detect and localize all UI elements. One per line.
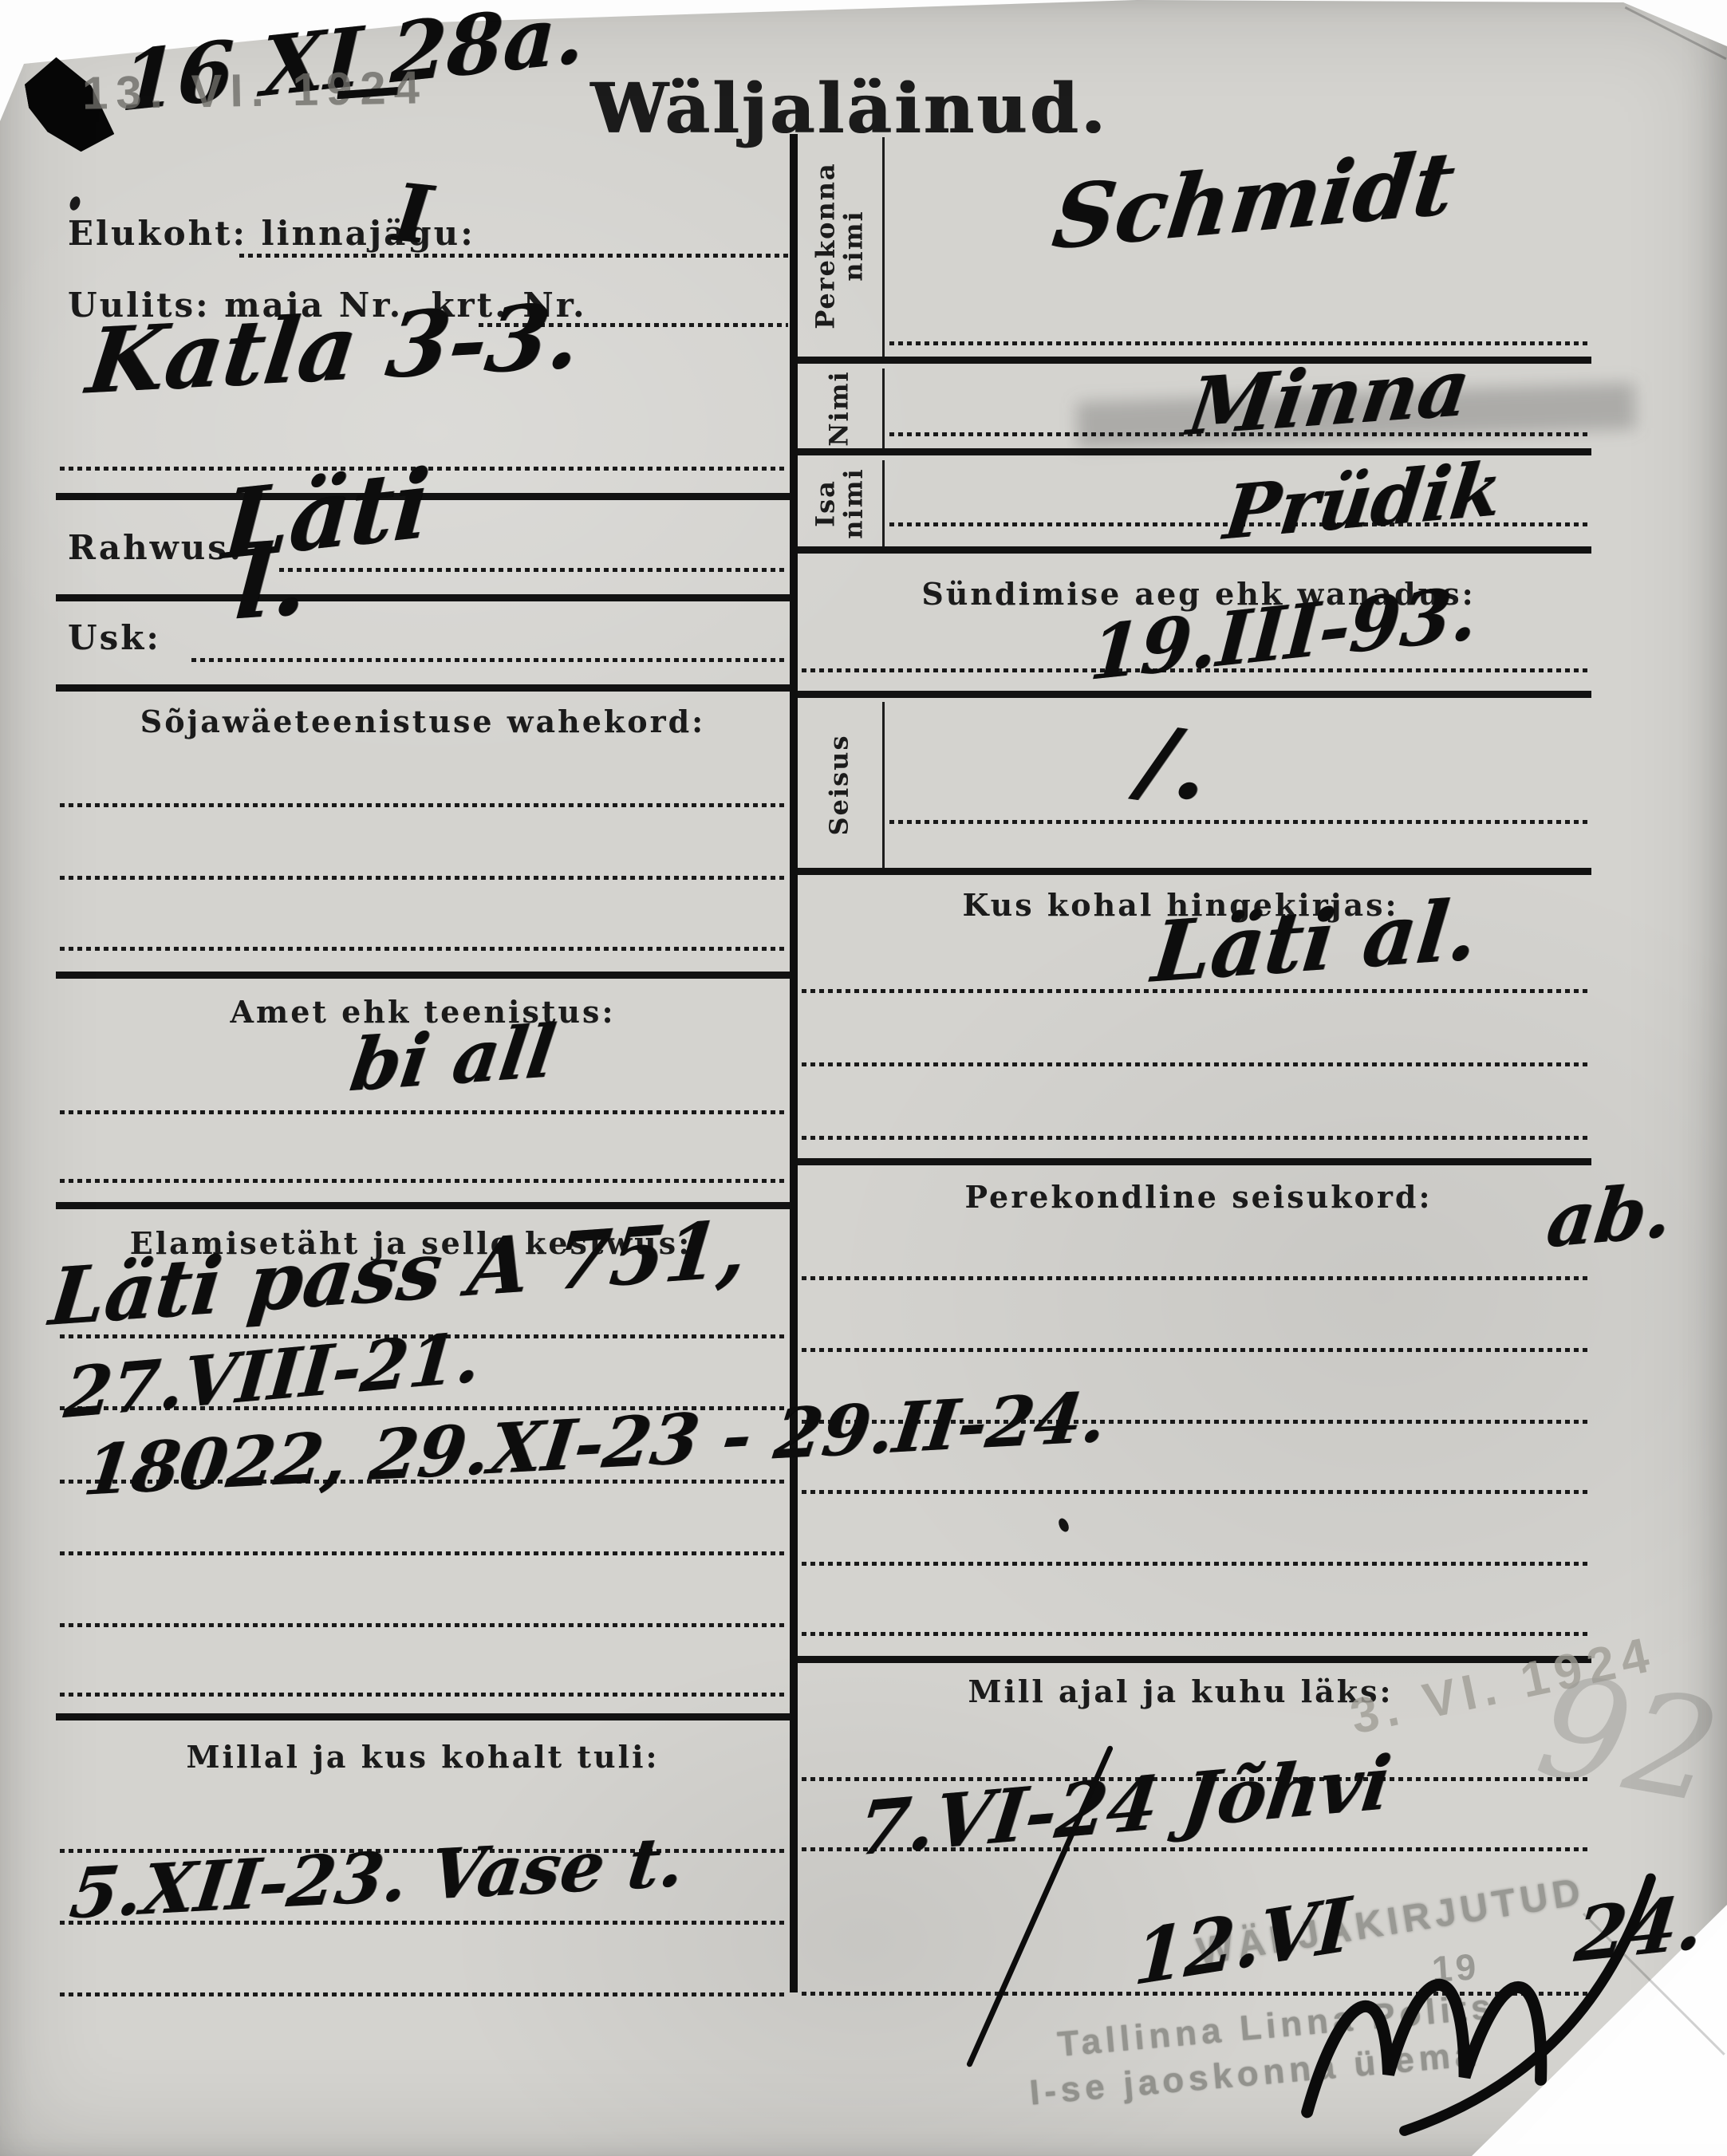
rule-line [56, 972, 790, 979]
label-separator [882, 460, 885, 546]
label-separator [882, 369, 885, 448]
rule-line [798, 1158, 1591, 1165]
street-value: Katla 3-3. [82, 291, 585, 407]
rule-line [798, 1656, 1591, 1663]
signature-flourish [1276, 1859, 1727, 2153]
family-name-label-line2: nimi [838, 210, 868, 281]
dotted-line [802, 1490, 1587, 1494]
label-separator [882, 137, 885, 357]
dotted-line [802, 1136, 1587, 1140]
dotted-line [889, 341, 1591, 345]
dotted-line [60, 1992, 788, 1996]
religion-label: Usk: [68, 618, 161, 657]
occupation-value: bi all [346, 1015, 559, 1102]
status-value: /. [1134, 712, 1214, 815]
dotted-line [60, 1551, 788, 1555]
father-name-label-line2: nimi [838, 467, 868, 538]
dotted-line [60, 876, 788, 880]
dotted-line [60, 1110, 788, 1114]
arrival-heading: Millal ja kus kohalt tuli: [60, 1739, 786, 1775]
parish-register-value: Läti al. [1149, 888, 1481, 994]
marital-status-heading: Perekondline seisukord: [806, 1179, 1591, 1215]
dotted-line [60, 803, 788, 807]
page-title: Wäljaläinud. [590, 69, 1108, 149]
father-name-label: Isa nimi [811, 467, 866, 538]
rule-line [56, 1713, 790, 1720]
religion-value: l. [232, 530, 311, 634]
dotted-line [60, 947, 788, 951]
rule-line [56, 684, 790, 692]
dotted-line [889, 820, 1591, 824]
pencil-note: 92 [1527, 1645, 1727, 1835]
dotted-line [279, 568, 788, 572]
first-name-value: Minna [1183, 349, 1474, 447]
dotted-line [802, 1562, 1587, 1566]
dotted-line [802, 1276, 1587, 1280]
nationality-label: Rahwus: [68, 528, 243, 567]
dotted-line [191, 658, 788, 662]
rule-line [798, 868, 1591, 875]
marital-status-value: ab. [1544, 1173, 1677, 1259]
dotted-line [60, 1179, 788, 1183]
center-divider [790, 134, 798, 1992]
rule-line [798, 546, 1591, 554]
dotted-line [239, 254, 788, 258]
handwritten-dash: — [331, 52, 403, 124]
label-separator [882, 702, 885, 868]
dotted-line [802, 1632, 1587, 1636]
first-name-label: Nimi [826, 370, 854, 446]
dotted-line [802, 1062, 1587, 1066]
status-label: Seisus [826, 735, 854, 836]
dotted-line [802, 1348, 1587, 1352]
dotted-line [60, 1623, 788, 1627]
rule-line [798, 691, 1591, 698]
family-name-label-line1: Perekonna [810, 162, 840, 329]
family-name-label: Perekonna nimi [811, 162, 866, 329]
rule-line [56, 594, 790, 601]
father-name-label-line1: Isa [810, 479, 840, 527]
scanned-registration-card: 16 XI 28a. 13. VI. 1924 — Wäljaläinud. E… [0, 0, 1727, 2156]
military-service-heading: Sõjawäeteenistuse wahekord: [60, 704, 786, 739]
dotted-line [60, 1693, 788, 1697]
